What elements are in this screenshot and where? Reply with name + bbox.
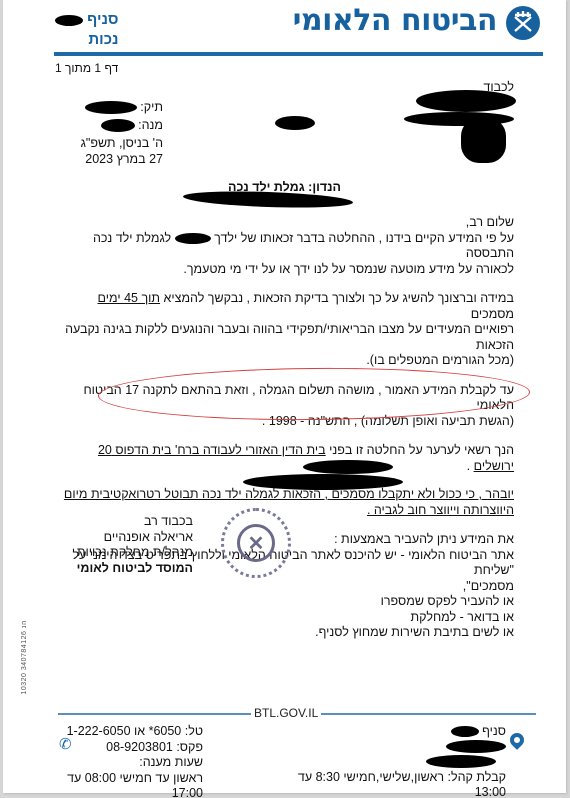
page-indicator: דף 1 מתוך 1 bbox=[55, 61, 118, 75]
deadline: תוך 45 ימים bbox=[98, 291, 161, 305]
count-number: מנה: bbox=[73, 118, 163, 134]
file-number: תיק: bbox=[73, 100, 163, 116]
menorah-emblem-icon bbox=[506, 6, 540, 40]
paragraph-4: הנך רשאי לערער על החלטה זו בפני בית הדין… bbox=[63, 443, 514, 474]
signer-name: אריאלה אופנהיים bbox=[63, 530, 193, 546]
signature-block: בכבוד רב אריאלה אופנהיים מנהל/ת מחלקת נכ… bbox=[63, 514, 193, 576]
letter-body: שלום רב, על פי המידע הקיים בידנו , ההחלט… bbox=[63, 215, 514, 641]
department-label: נכות bbox=[55, 30, 118, 50]
document-code: 10320 הנ 340784126 bbox=[21, 620, 28, 695]
signer-role: מנהל/ת מחלקת נכויות bbox=[63, 545, 193, 561]
branch-label: סניף bbox=[87, 11, 118, 28]
redaction bbox=[303, 460, 393, 474]
hours-value: ראשון עד חמישי 08:00 עד 17:00 bbox=[63, 771, 203, 798]
hebrew-date: ה' בניסן, תשפ"ג bbox=[73, 136, 163, 152]
redaction bbox=[446, 740, 506, 753]
location-pin-icon bbox=[507, 730, 527, 750]
phone-number: טל: 6050* או 1-222-6050 bbox=[63, 724, 203, 740]
letter-page: הביטוח הלאומי סניף נכות דף 1 מתוך 1 לכבו… bbox=[3, 0, 566, 793]
redaction bbox=[243, 474, 403, 490]
website-link[interactable]: BTL.GOV.IL bbox=[251, 706, 321, 720]
means-mail: או בדואר - למחלקת bbox=[63, 610, 514, 626]
means-fax: או להעביר לפקס שמספרו bbox=[63, 594, 514, 610]
hours-label: שעות מענה: bbox=[63, 755, 203, 771]
branch-header: סניף נכות bbox=[55, 10, 118, 50]
footer-branch-info: סניף קבלת קהל: ראשון,שלישי,חמישי 8:30 עד… bbox=[266, 724, 506, 798]
gregorian-date: 27 במרץ 2023 bbox=[73, 152, 163, 168]
redaction bbox=[416, 90, 516, 112]
paragraph-1: על פי המידע הקיים בידנו , ההחלטה בדבר זכ… bbox=[63, 231, 514, 262]
redaction bbox=[426, 755, 496, 768]
redaction bbox=[461, 118, 506, 163]
reception-hours: קבלת קהל: ראשון,שלישי,חמישי 8:30 עד 13:0… bbox=[266, 770, 506, 798]
footer-contact-info: טל: 6050* או 1-222-6050 פקס: 08-9203801 … bbox=[63, 724, 203, 798]
org-logo-title: הביטוח הלאומי bbox=[293, 3, 497, 38]
redaction bbox=[451, 726, 479, 737]
paragraph-2: במידה וברצונך להשיג על כך ולצורך בדיקת ה… bbox=[63, 291, 514, 322]
redaction bbox=[275, 116, 315, 130]
signer-org: המוסד לביטוח לאומי bbox=[63, 561, 193, 577]
fax-number: פקס: 08-9203801 bbox=[63, 740, 203, 756]
means-box: או לשים בתיבת השירות שמחוץ לסניף. bbox=[63, 625, 514, 641]
menorah-emblem-icon: ✕ bbox=[237, 524, 275, 562]
greeting: שלום רב, bbox=[63, 215, 514, 231]
redaction bbox=[85, 101, 137, 114]
redaction bbox=[55, 15, 83, 26]
header-divider bbox=[54, 52, 543, 56]
warning-line-1: יובהר , כי ככול ולא יתקבלו מסמכים , הזכא… bbox=[63, 487, 514, 503]
redaction bbox=[101, 119, 135, 132]
count-label: מנה: bbox=[138, 118, 163, 132]
redaction bbox=[175, 233, 211, 244]
file-label: תיק: bbox=[140, 100, 163, 114]
official-seal-icon: ✕ bbox=[221, 508, 291, 578]
